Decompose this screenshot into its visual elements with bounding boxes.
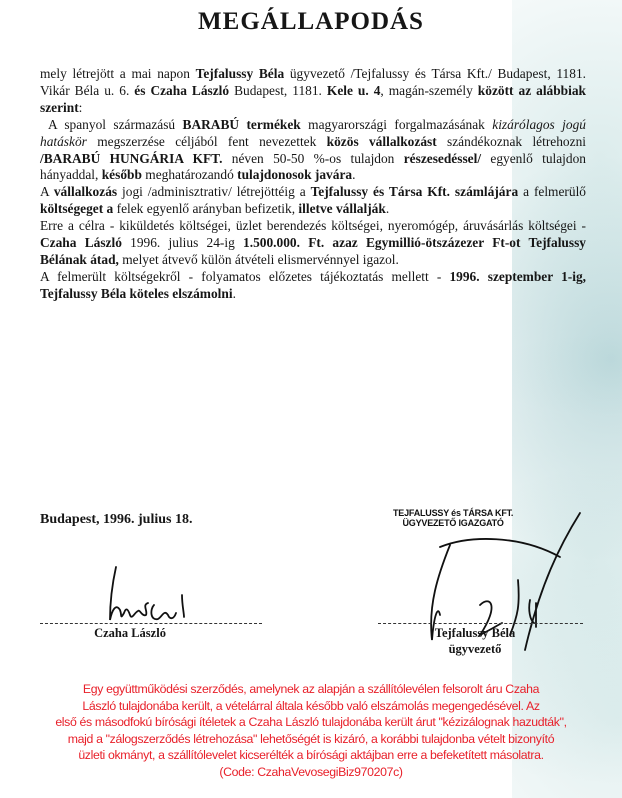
place-and-date: Budapest, 1996. julius 18. (40, 512, 192, 528)
annotation-code: (Code: CzahaVevosegiBiz970207c) (0, 764, 622, 781)
signature-czaha (98, 565, 238, 625)
agreement-body: mely létrejött a mai napon Tejfalussy Bé… (40, 66, 586, 303)
paragraph-costs: A vállalkozás jogi /adminisztrativ/ létr… (40, 184, 586, 218)
paragraph-payment: Erre a célra - kiküldetés költségei, üzl… (40, 218, 586, 269)
annotation-line: László tulajdonába került, a vételárral … (0, 698, 622, 715)
annotation-line: első és másodfokú bírósági ítéletek a Cz… (0, 714, 622, 731)
paragraph-purpose: A spanyol származású BARABÚ termékek mag… (40, 117, 586, 185)
annotation-line: üzleti okmányt, a szállítólevelet kicser… (0, 747, 622, 764)
annotation-line: majd a "zálogszerződés létrehozása" lehe… (0, 731, 622, 748)
signatory-name: Czaha László (60, 626, 200, 641)
signatory-name: Tejfalussy Béla (405, 626, 545, 641)
paragraph-settlement: A felmerült költségekről - folyamatos el… (40, 269, 586, 303)
signatory-title: ügyvezető (405, 642, 545, 657)
signature-line-left (40, 623, 262, 624)
document-title: MEGÁLLAPODÁS (0, 8, 622, 36)
annotation-note: Egy együttműködési szerződés, amelynek a… (0, 681, 622, 781)
paragraph-parties: mely létrejött a mai napon Tejfalussy Bé… (40, 66, 586, 117)
signature-line-right (378, 623, 583, 624)
annotation-line: Egy együttműködési szerződés, amelynek a… (0, 681, 622, 698)
